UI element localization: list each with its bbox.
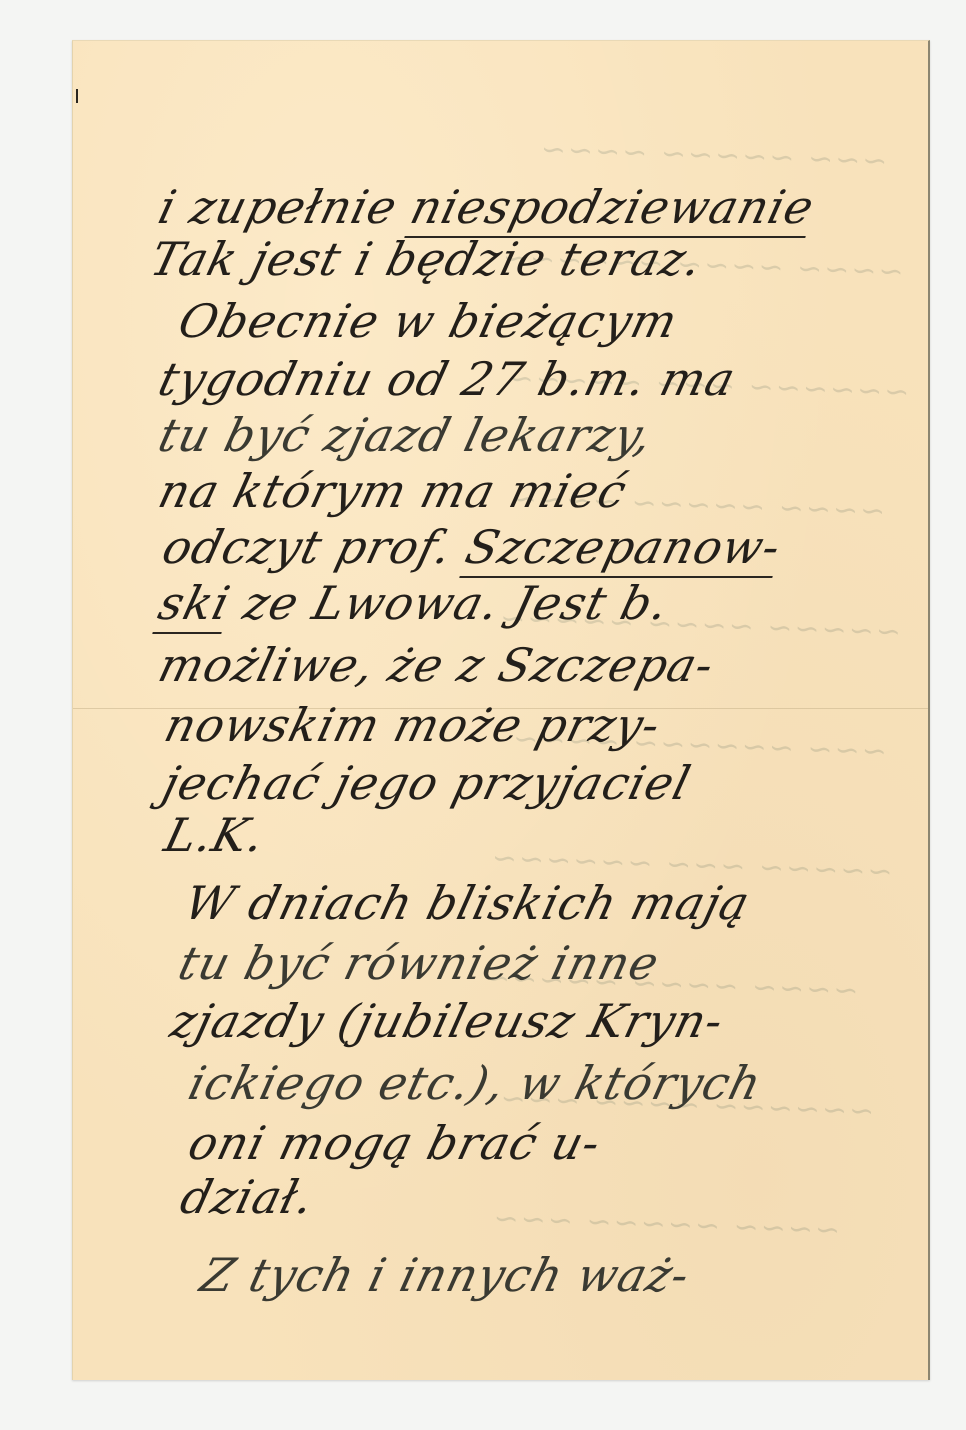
text-line-6: na którym ma mieć — [153, 463, 633, 519]
letter-paper: ~~~ ~~~~~ ~~~~ ~~~~ ~~~~ ~~~~~~ ~~~~~~ ~… — [72, 40, 930, 1380]
text-line-19: Z tych i innych waż- — [195, 1247, 696, 1303]
text-line-2: Tak jest i będzie teraz. — [145, 231, 708, 287]
text-line-3: Obecnie w bieżącym — [173, 293, 684, 349]
text-line-15: zjazdy (jubileusz Kryn- — [165, 993, 730, 1049]
text-line-1: i zupełnie niespodziewanie — [153, 179, 820, 235]
text-line-4: tygodniu od 27 b.m. ma — [153, 351, 742, 407]
text-line-9: możliwe, że z Szczepa- — [153, 637, 720, 693]
text-line-8: ski ze Lwowa. Jest b. — [153, 575, 675, 631]
text-line-14: tu być również inne — [173, 935, 665, 991]
text-line-18: dział. — [175, 1169, 320, 1225]
text-line-7: odczyt prof. Szczepanow- — [157, 519, 787, 575]
scan-background: ~~~ ~~~~~ ~~~~ ~~~~ ~~~~ ~~~~~~ ~~~~~~ ~… — [0, 0, 966, 1430]
text-line-12: L.K. — [159, 807, 271, 863]
edge-ink-mark — [76, 89, 78, 103]
text-line-11: jechać jego przyjaciel — [157, 755, 697, 811]
text-line-16: ickiego etc.), w których — [183, 1055, 768, 1111]
text-line-17: oni mogą brać u- — [183, 1115, 607, 1171]
text-line-5: tu być zjazd lekarzy, — [153, 407, 659, 463]
text-line-13: W dniach bliskich mają — [179, 875, 756, 931]
text-line-10: nowskim może przy- — [159, 697, 667, 753]
